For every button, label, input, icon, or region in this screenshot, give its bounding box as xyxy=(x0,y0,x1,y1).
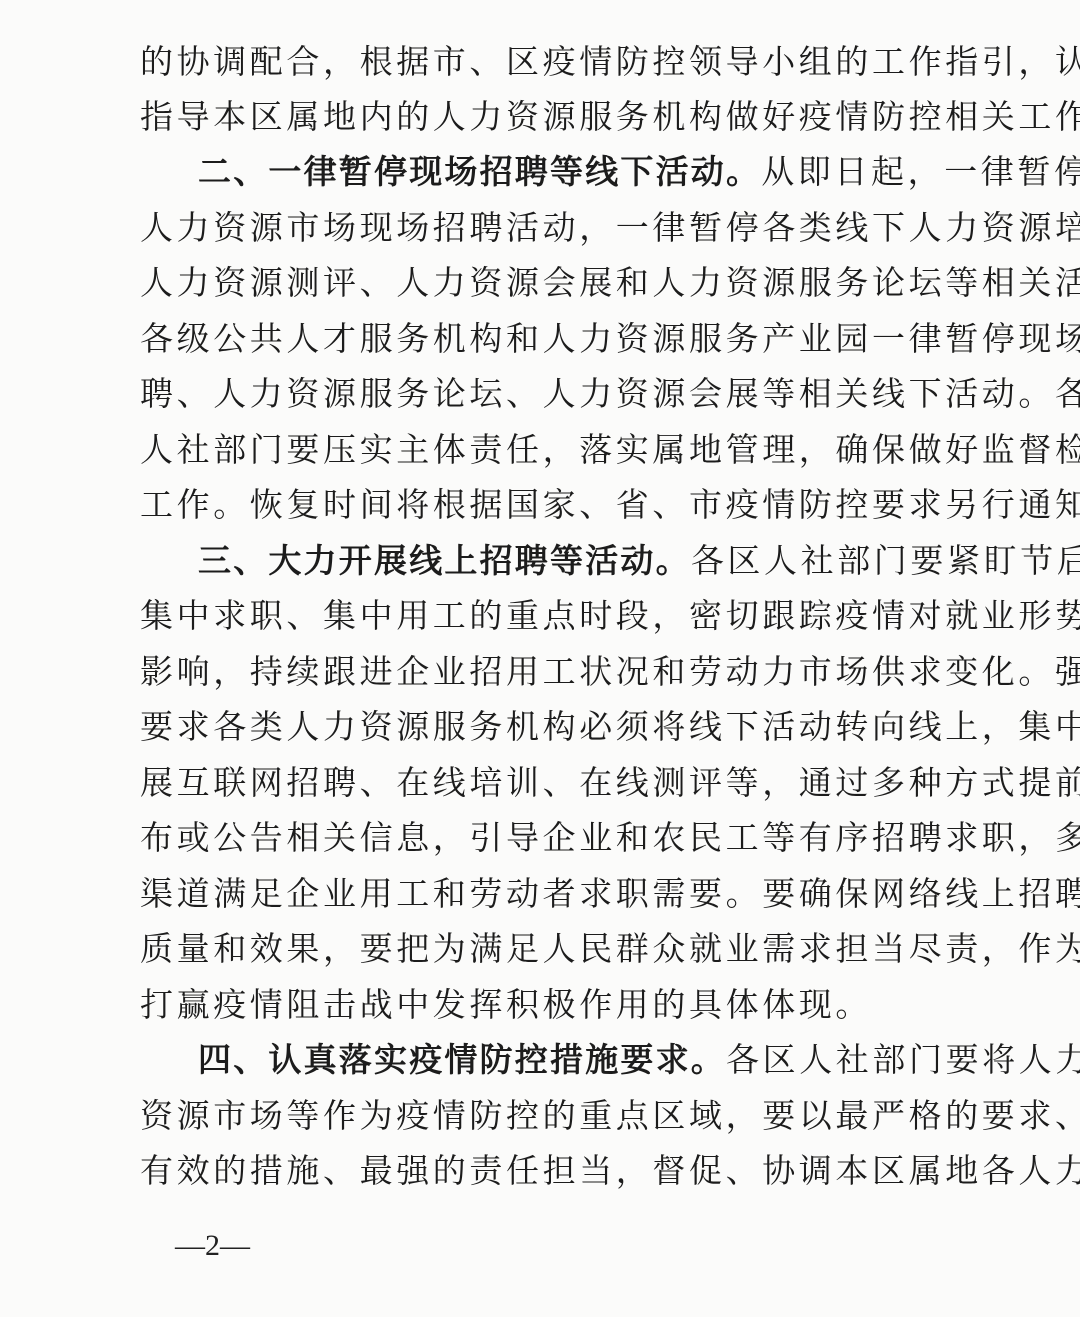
text-line: 要求各类人力资源服务机构必须将线下活动转向线上，集中开 xyxy=(140,705,920,749)
section-3-first-line: 三、大力开展线上招聘等活动。各区人社部门要紧盯节后 xyxy=(198,539,920,583)
section-4-first-line: 四、认真落实疫情防控措施要求。各区人社部门要将人力 xyxy=(198,1038,920,1082)
text-line: 有效的措施、最强的责任担当，督促、协调本区属地各人力资 xyxy=(140,1149,920,1193)
document-page: 的协调配合，根据市、区疫情防控领导小组的工作指引，认真 指导本区属地内的人力资源… xyxy=(0,0,1080,1317)
text-line: 打赢疫情阻击战中发挥积极作用的具体体现。 xyxy=(140,983,920,1027)
text-line: 的协调配合，根据市、区疫情防控领导小组的工作指引，认真 xyxy=(140,40,920,84)
section-4-lead-text: 各区人社部门要将人力 xyxy=(726,1040,1080,1079)
text-line: 指导本区属地内的人力资源服务机构做好疫情防控相关工作。 xyxy=(140,95,920,139)
text-line: 渠道满足企业用工和劳动者求职需要。要确保网络线上招聘的 xyxy=(140,872,920,916)
section-4-heading: 四、认真落实疫情防控措施要求。 xyxy=(198,1040,726,1079)
section-2-lead-text: 从即日起，一律暂停 xyxy=(761,152,1080,191)
section-2-first-line: 二、一律暂停现场招聘等线下活动。从即日起，一律暂停 xyxy=(198,150,920,194)
section-3-heading: 三、大力开展线上招聘等活动。 xyxy=(198,541,691,580)
text-line: 质量和效果，要把为满足人民群众就业需求担当尽责，作为在 xyxy=(140,927,920,971)
text-line: 工作。恢复时间将根据国家、省、市疫情防控要求另行通知。 xyxy=(140,483,920,527)
text-line: 集中求职、集中用工的重点时段，密切跟踪疫情对就业形势的 xyxy=(140,594,920,638)
text-line: 影响，持续跟进企业招用工状况和劳动力市场供求变化。强制 xyxy=(140,650,920,694)
section-3-lead-text: 各区人社部门要紧盯节后 xyxy=(691,541,1080,580)
text-line: 布或公告相关信息，引导企业和农民工等有序招聘求职，多种 xyxy=(140,816,920,860)
text-line: 人力资源市场现场招聘活动，一律暂停各类线下人力资源培训、 xyxy=(140,206,920,250)
text-line: 人力资源测评、人力资源会展和人力资源服务论坛等相关活动。 xyxy=(140,261,920,305)
text-line: 人社部门要压实主体责任，落实属地管理，确保做好监督检查 xyxy=(140,428,920,472)
text-line: 展互联网招聘、在线培训、在线测评等，通过多种方式提前发 xyxy=(140,761,920,805)
section-2-heading: 二、一律暂停现场招聘等线下活动。 xyxy=(198,152,761,191)
text-line: 聘、人力资源服务论坛、人力资源会展等相关线下活动。各区 xyxy=(140,372,920,416)
text-line: 各级公共人才服务机构和人力资源服务产业园一律暂停现场招 xyxy=(140,317,920,361)
page-number: —2— xyxy=(175,1226,250,1266)
text-line: 资源市场等作为疫情防控的重点区域，要以最严格的要求、最 xyxy=(140,1094,920,1138)
